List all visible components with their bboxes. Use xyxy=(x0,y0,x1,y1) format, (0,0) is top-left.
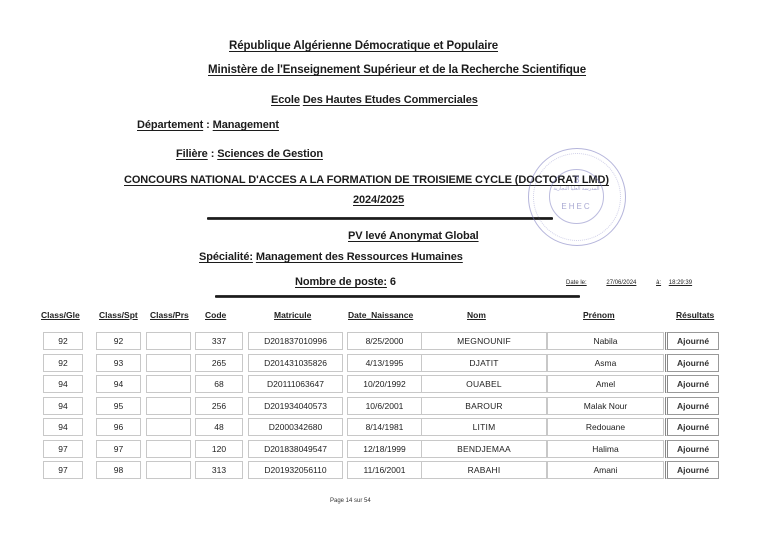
cell-matricule: D201837010996 xyxy=(248,332,343,350)
cell-class-gle: 97 xyxy=(43,440,83,458)
cell-class-prs xyxy=(146,461,191,479)
postes-label: Nombre de poste: xyxy=(295,276,387,288)
filiere-value: Sciences de Gestion xyxy=(217,148,323,160)
postes-line: Nombre de poste: 6 xyxy=(295,276,396,288)
cell-date-naissance: 8/25/2000 xyxy=(347,332,422,350)
cell-resultat: Ajourné xyxy=(665,397,719,415)
cell-class-gle: 94 xyxy=(43,418,83,436)
cell-nom: DJATIT xyxy=(421,354,547,372)
cell-code: 120 xyxy=(195,440,243,458)
cell-prenom: Halima xyxy=(547,440,664,458)
cell-class-prs xyxy=(146,375,191,393)
separator-rule-top xyxy=(207,217,553,220)
col-header-date-naissance: Date_Naissance xyxy=(348,310,413,320)
col-header-nom: Nom xyxy=(467,310,486,320)
cell-class-prs xyxy=(146,397,191,415)
cell-date-naissance: 10/20/1992 xyxy=(347,375,422,393)
cell-code: 337 xyxy=(195,332,243,350)
cell-class-prs xyxy=(146,440,191,458)
date-label: Date le: xyxy=(566,280,587,286)
cell-class-gle: 92 xyxy=(43,354,83,372)
cell-nom: OUABEL xyxy=(421,375,547,393)
col-header-prenom: Prénom xyxy=(583,310,615,320)
cell-class-spt: 95 xyxy=(96,397,141,415)
separator-rule-bottom xyxy=(215,295,580,298)
cell-resultat: Ajourné xyxy=(665,354,719,372)
col-header-class-gle: Class/Gle xyxy=(41,310,80,320)
cell-nom: BENDJEMAA xyxy=(421,440,547,458)
cell-resultat: Ajourné xyxy=(665,440,719,458)
official-stamp: 3 المدرسة العليا التجارية EHEC xyxy=(528,148,626,246)
republic-title: République Algérienne Démocratique et Po… xyxy=(229,40,498,52)
cell-matricule: D201431035826 xyxy=(248,354,343,372)
academic-year: 2024/2025 xyxy=(353,194,404,206)
school-name: Des Hautes Etudes Commerciales xyxy=(303,94,478,106)
department-line: Département : Management xyxy=(137,119,279,131)
department-value: Management xyxy=(213,119,279,131)
cell-class-spt: 98 xyxy=(96,461,141,479)
cell-code: 68 xyxy=(195,375,243,393)
cell-class-spt: 97 xyxy=(96,440,141,458)
cell-code: 256 xyxy=(195,397,243,415)
ministry-title: Ministère de l'Enseignement Supérieur et… xyxy=(208,64,586,76)
filiere-label: Filière xyxy=(176,148,208,160)
cell-matricule: D2000342680 xyxy=(248,418,343,436)
col-header-code: Code xyxy=(205,310,226,320)
cell-class-prs xyxy=(146,354,191,372)
cell-nom: BAROUR xyxy=(421,397,547,415)
specialite-line: Spécialité: Management des Ressources Hu… xyxy=(199,251,463,263)
cell-code: 48 xyxy=(195,418,243,436)
cell-matricule: D201932056110 xyxy=(248,461,343,479)
filiere-line: Filière : Sciences de Gestion xyxy=(176,148,323,160)
date-value: 27/06/2024 xyxy=(606,280,636,286)
cell-date-naissance: 8/14/1981 xyxy=(347,418,422,436)
cell-class-spt: 93 xyxy=(96,354,141,372)
cell-code: 265 xyxy=(195,354,243,372)
cell-resultat: Ajourné xyxy=(665,332,719,350)
cell-date-naissance: 12/18/1999 xyxy=(347,440,422,458)
cell-prenom: Asma xyxy=(547,354,664,372)
cell-date-naissance: 11/16/2001 xyxy=(347,461,422,479)
cell-class-prs xyxy=(146,332,191,350)
stamp-arabic-text: المدرسة العليا التجارية xyxy=(550,186,603,192)
cell-nom: LITIM xyxy=(421,418,547,436)
stamp-code: EHEC xyxy=(550,202,603,211)
cell-class-spt: 96 xyxy=(96,418,141,436)
cell-matricule: D20111063647 xyxy=(248,375,343,393)
time-value: 18:29:39 xyxy=(669,280,692,286)
filiere-separator: : xyxy=(211,148,215,160)
department-separator: : xyxy=(206,119,210,131)
school-line: Ecole Des Hautes Etudes Commerciales xyxy=(271,94,478,106)
cell-resultat: Ajourné xyxy=(665,418,719,436)
cell-class-gle: 97 xyxy=(43,461,83,479)
col-header-resultats: Résultats xyxy=(676,310,714,320)
cell-class-prs xyxy=(146,418,191,436)
specialite-value: Management des Ressources Humaines xyxy=(256,251,463,263)
stamp-emblem: 3 المدرسة العليا التجارية EHEC xyxy=(549,169,604,224)
cell-resultat: Ajourné xyxy=(665,461,719,479)
cell-nom: MEGNOUNIF xyxy=(421,332,547,350)
cell-date-naissance: 10/6/2001 xyxy=(347,397,422,415)
page-indicator: Page 14 sur 54 xyxy=(330,498,371,504)
stamp-number: 3 xyxy=(550,174,603,186)
cell-prenom: Malak Nour xyxy=(547,397,664,415)
cell-class-gle: 94 xyxy=(43,397,83,415)
cell-prenom: Nabila xyxy=(547,332,664,350)
cell-class-spt: 92 xyxy=(96,332,141,350)
date-line: Date le: 27/06/2024 à: 18:29:39 xyxy=(566,280,710,286)
cell-prenom: Redouane xyxy=(547,418,664,436)
postes-value: 6 xyxy=(390,276,396,288)
pv-title: PV levé Anonymat Global xyxy=(348,230,479,242)
cell-class-spt: 94 xyxy=(96,375,141,393)
cell-resultat: Ajourné xyxy=(665,375,719,393)
col-header-class-spt: Class/Spt xyxy=(99,310,138,320)
cell-matricule: D201934040573 xyxy=(248,397,343,415)
cell-prenom: Amel xyxy=(547,375,664,393)
school-label: Ecole xyxy=(271,94,300,106)
cell-prenom: Amani xyxy=(547,461,664,479)
cell-class-gle: 92 xyxy=(43,332,83,350)
cell-matricule: D201838049547 xyxy=(248,440,343,458)
cell-date-naissance: 4/13/1995 xyxy=(347,354,422,372)
col-header-class-prs: Class/Prs xyxy=(150,310,189,320)
time-label: à: xyxy=(656,280,661,286)
col-header-matricule: Matricule xyxy=(274,310,311,320)
department-label: Département xyxy=(137,119,203,131)
cell-class-gle: 94 xyxy=(43,375,83,393)
specialite-label: Spécialité: xyxy=(199,251,253,263)
cell-code: 313 xyxy=(195,461,243,479)
cell-nom: RABAHI xyxy=(421,461,547,479)
